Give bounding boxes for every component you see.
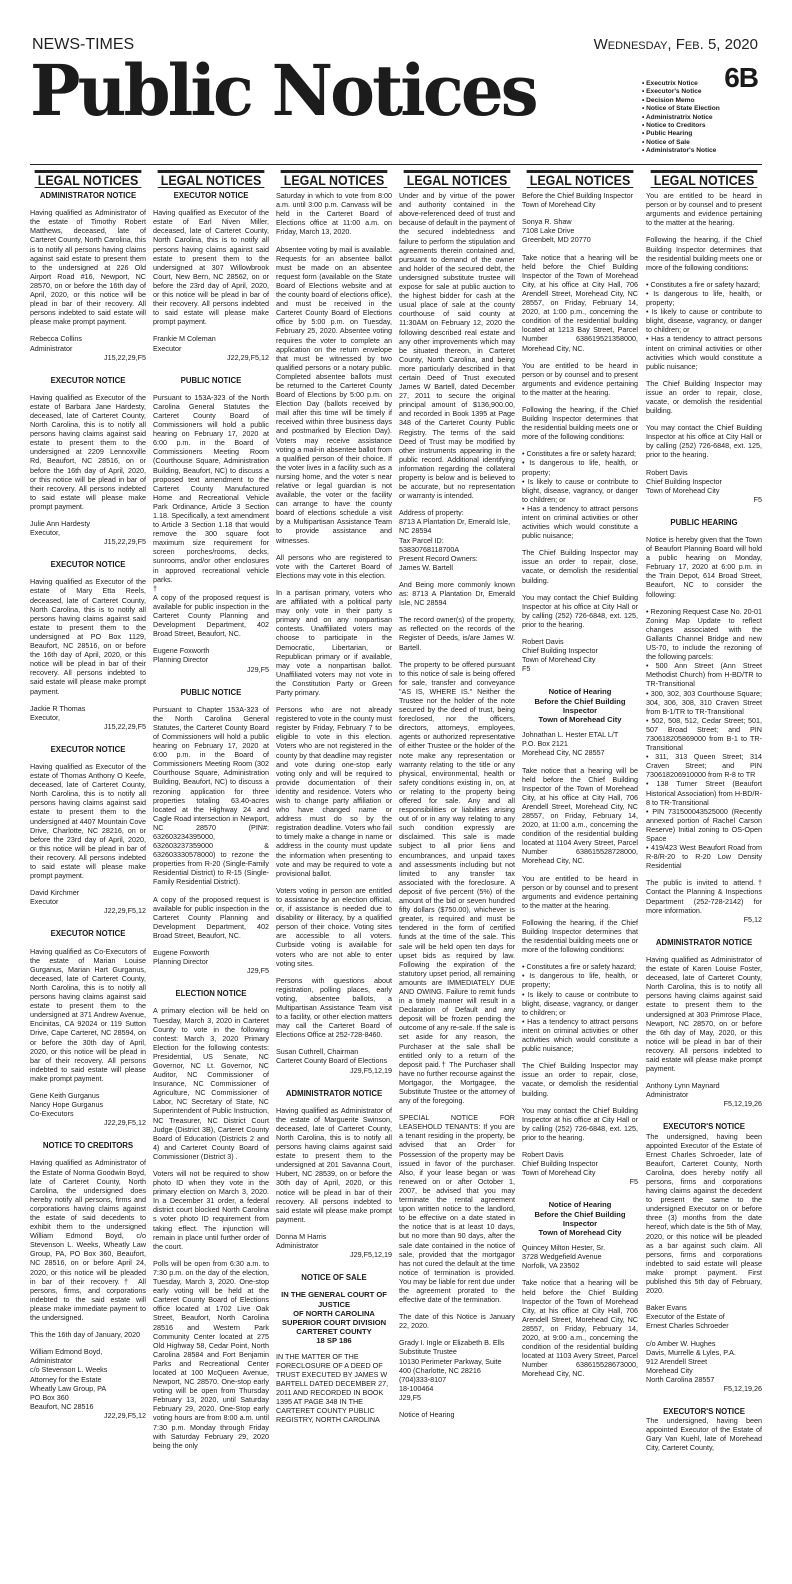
- notice-signature: Baker Evans Executor of the Estate of Er…: [646, 1303, 762, 1330]
- index-item: Decision Memo: [642, 97, 720, 105]
- conditions-list: • Constitutes a fire or safety hazard; •…: [522, 962, 638, 1053]
- notice-signature: Robert Davis Chief Building Inspector To…: [522, 1150, 638, 1177]
- notice-signature: Eugene Foxworth Planning Director: [153, 646, 269, 664]
- notice-body: Having qualified as Executor of the esta…: [30, 393, 146, 511]
- notice-body: You are entitled to be heard in person o…: [522, 874, 638, 910]
- notice-body: Voters will not be required to show phot…: [153, 1169, 269, 1251]
- notice-body: Voters voting in person are entitled to …: [276, 886, 392, 968]
- publication-dates: J29,F5: [153, 665, 269, 674]
- condition-item: • Is dangerous to life, health, or prope…: [646, 289, 762, 307]
- notice-title: NOTICE OF SALE: [276, 1273, 392, 1282]
- notice-columns: LEGAL NOTICES ADMINISTRATOR NOTICE Havin…: [30, 170, 762, 1584]
- condition-item: • Has a tendency to attract persons inte…: [646, 334, 762, 370]
- notice-body: You may contact the Chief Building Inspe…: [522, 1106, 638, 1142]
- publication-dates: F5,12,19,26: [646, 1099, 762, 1108]
- notice-title: EXECUTOR NOTICE: [30, 560, 146, 569]
- notice-title: ELECTION NOTICE: [153, 989, 269, 998]
- notice-body: Take notice that a hearing will be held …: [522, 253, 638, 353]
- notice-body: The Chief Building Inspector may issue a…: [646, 379, 762, 415]
- notice-signature: Jackie R Thomas Executor,: [30, 704, 146, 722]
- notice-body: Following the hearing, if the Chief Buil…: [522, 918, 638, 954]
- page-number: 6B: [724, 62, 758, 94]
- notice-title: EXECUTOR'S NOTICE: [646, 1407, 762, 1416]
- condition-item: • Is dangerous to life, health, or prope…: [522, 971, 638, 989]
- notice-body: You may contact the Chief Building Inspe…: [646, 423, 762, 459]
- notice-body: You are entitled to be heard in person o…: [646, 191, 762, 227]
- notice-body: Under and by virtue of the power and aut…: [399, 191, 515, 500]
- column-header: LEGAL NOTICES: [404, 170, 511, 188]
- notice-date: This the 16th day of January, 2020: [30, 1330, 146, 1339]
- index-item: Notice to Creditors: [642, 122, 720, 130]
- notice-body: Absentee voting by mail is available. Re…: [276, 245, 392, 545]
- notice-body: Having qualified as Executor of the esta…: [30, 577, 146, 695]
- notice-signature: Susan Cuthrell, Chairman Carteret County…: [276, 1047, 392, 1065]
- notice-body: All persons who are registered to vote w…: [276, 553, 392, 580]
- notice-index: Executrix Notice Executor's Notice Decis…: [642, 80, 720, 156]
- condition-item: • Is dangerous to life, health, or prope…: [522, 458, 638, 476]
- notice-body: Pursuant to Chapter 153A-323 of the Nort…: [153, 705, 269, 887]
- notice-title: ADMINISTRATOR NOTICE: [276, 1089, 392, 1098]
- index-item: Executor's Notice: [642, 88, 720, 96]
- hearing-heading: Before the Chief Building Inspector Town…: [522, 191, 638, 209]
- publication-dates: F5: [522, 1177, 638, 1186]
- publication-dates: F5: [522, 664, 638, 673]
- notice-body: Persons with questions about registratio…: [276, 976, 392, 1040]
- notice-body: A primary election will be held on Tuesd…: [153, 1006, 269, 1161]
- notice-signature: Anthony Lynn Maynard Administrator: [646, 1081, 762, 1099]
- masthead-rule: [30, 164, 762, 165]
- condition-item: • Constitutes a fire or safety hazard;: [522, 449, 638, 458]
- dateline: Wednesday, Feb. 5, 2020: [594, 36, 758, 53]
- notice-title: Notice of Hearing Before the Chief Build…: [522, 687, 638, 724]
- condition-item: • Constitutes a fire or safety hazard;: [522, 962, 638, 971]
- notice-copy: A copy of the proposed request is availa…: [153, 895, 269, 940]
- condition-item: • Constitutes a fire or safety hazard;: [646, 280, 762, 289]
- notice-signature: Donna M Harris Administrator: [276, 1232, 392, 1250]
- notice-signature: Rebecca Collins Administrator: [30, 334, 146, 352]
- condition-item: • Is likely to cause or contribute to bl…: [522, 477, 638, 504]
- condition-item: • Has a tendency to attract persons inte…: [522, 1017, 638, 1053]
- notice-body: Notice is hereby given that the Town of …: [646, 535, 762, 599]
- notice-title: PUBLIC NOTICE: [153, 376, 269, 385]
- notice-body: SPECIAL NOTICE FOR LEASEHOLD TENANTS: If…: [399, 1113, 515, 1304]
- publication-dates: J22,29,F5,12: [30, 906, 146, 915]
- publication-dates: J15,22,29,F5: [30, 722, 146, 731]
- column-header: LEGAL NOTICES: [35, 170, 142, 188]
- notice-title: Notice of Hearing Before the Chief Build…: [522, 1200, 638, 1237]
- index-item: Administrator's Notice: [642, 147, 720, 155]
- owner-address: Quincey Milton Hester, Sr. 3728 Wedgefie…: [522, 1243, 638, 1270]
- rezoning-list: • Rezoning Request Case No. 20-01 Zoning…: [646, 607, 762, 871]
- rezoning-item: • Rezoning Request Case No. 20-01 Zoning…: [646, 607, 762, 662]
- column-4: LEGAL NOTICES Under and by virtue of the…: [399, 170, 515, 1584]
- publication-dates: J29,F5,12,19: [276, 1250, 392, 1259]
- notice-body: Take notice that a hearing will be held …: [522, 1278, 638, 1378]
- notice-body: Polls will be open from 6:30 a.m. to 7:3…: [153, 1259, 269, 1450]
- notice-title: EXECUTOR NOTICE: [30, 745, 146, 754]
- notice-body: The Chief Building Inspector may issue a…: [522, 548, 638, 584]
- column-header: LEGAL NOTICES: [651, 170, 758, 188]
- notice-title: PUBLIC NOTICE: [153, 688, 269, 697]
- notice-body: In a partisan primary, voters who are af…: [276, 588, 392, 697]
- index-item: Executrix Notice: [642, 80, 720, 88]
- notice-signature: Robert Davis Chief Building Inspector To…: [646, 468, 762, 495]
- notice-body: Pursuant to 153A-323 of the North Caroli…: [153, 393, 269, 584]
- notice-body: Saturday in which to vote from 8:00 a.m.…: [276, 191, 392, 236]
- notice-title: EXECUTOR NOTICE: [30, 929, 146, 938]
- publication-dates: F5: [646, 495, 762, 504]
- rezoning-item: • PIN 731500043525000 (Recently annexed …: [646, 807, 762, 843]
- publication-dates: F5,12: [646, 915, 762, 924]
- notice-copy: A copy of the proposed request is availa…: [153, 593, 269, 638]
- column-header: LEGAL NOTICES: [527, 170, 634, 188]
- notice-signature: William Edmond Boyd, Administrator c/o S…: [30, 1347, 146, 1411]
- publication-dates: J22,29,F5,12: [30, 1118, 146, 1127]
- publication-dates: J15,22,29,F5: [30, 353, 146, 362]
- notice-title: EXECUTOR NOTICE: [30, 376, 146, 385]
- notice-title: ADMINISTRATOR NOTICE: [30, 191, 146, 200]
- notice-body: Having qualified as Administrator of the…: [30, 1158, 146, 1322]
- notice-signature: Robert Davis Chief Building Inspector To…: [522, 637, 638, 664]
- index-item: Notice of Sale: [642, 139, 720, 147]
- notice-body: Having qualified as Administrator of the…: [646, 955, 762, 1073]
- notice-signature: Frankie M Coleman Executor: [153, 334, 269, 352]
- column-2: LEGAL NOTICES EXECUTOR NOTICE Having qua…: [153, 170, 269, 1584]
- notice-body: You are entitled to be heard in person o…: [522, 361, 638, 397]
- condition-item: • Is likely to cause or contribute to bl…: [646, 307, 762, 334]
- condition-item: • Has a tendency to attract persons inte…: [522, 504, 638, 540]
- publication-dates: J29,F5,12,19: [276, 1066, 392, 1075]
- notice-body: Having qualified as Executor of the esta…: [30, 762, 146, 880]
- publication-dates: J15,22,29,F5: [30, 537, 146, 546]
- notice-body: Having qualified as Co-Executors of the …: [30, 947, 146, 1083]
- notice-signature: David Kirchmer Executor: [30, 888, 146, 906]
- notice-body: Having qualified as Administrator of the…: [276, 1106, 392, 1224]
- publication-dates: J29,F5: [153, 966, 269, 975]
- notice-title: ADMINISTRATOR NOTICE: [646, 938, 762, 947]
- column-1: LEGAL NOTICES ADMINISTRATOR NOTICE Havin…: [30, 170, 146, 1584]
- rezoning-item: • 502, 508, 512, Cedar Street; 501, 507 …: [646, 716, 762, 752]
- notice-body: Following the hearing, if the Chief Buil…: [646, 235, 762, 271]
- notice-title: PUBLIC HEARING: [646, 518, 762, 527]
- notice-body: The date of this Notice is January 22, 2…: [399, 1312, 515, 1330]
- notice-body: Take notice that a hearing will be held …: [522, 766, 638, 866]
- notice-body: Persons who are not already registered t…: [276, 705, 392, 878]
- notice-body: Following the hearing, if the Chief Buil…: [522, 405, 638, 441]
- publication-dates: J22,29,F5,12: [153, 353, 269, 362]
- rezoning-item: • 500 Ann Street (Ann Street Methodist C…: [646, 661, 762, 688]
- publication-dates: F5,12,19,26: [646, 1384, 762, 1393]
- notice-body: Having qualified as Administrator of the…: [30, 208, 146, 326]
- index-item: Public Hearing: [642, 130, 720, 138]
- rezoning-item: • 300, 302, 303 Courthouse Square; 304, …: [646, 689, 762, 716]
- notice-tail: Notice of Hearing: [399, 1410, 515, 1419]
- notice-body: The Chief Building Inspector may issue a…: [522, 1061, 638, 1097]
- notice-signature: Eugene Foxworth Planning Director: [153, 948, 269, 966]
- column-header: LEGAL NOTICES: [158, 170, 265, 188]
- notice-body: And Being more commonly known as: 8713 A…: [399, 580, 515, 607]
- owner-address: Sonya R. Shaw 7108 Lake Drive Greenbelt,…: [522, 217, 638, 244]
- column-header: LEGAL NOTICES: [281, 170, 388, 188]
- rezoning-item: • 311, 313 Queen Street; 314 Craven Stre…: [646, 752, 762, 779]
- notice-title: NOTICE TO CREDITORS: [30, 1141, 146, 1150]
- notice-body: Having qualified as Executor of the esta…: [153, 208, 269, 326]
- notice-body: You may contact the Chief Building Inspe…: [522, 593, 638, 629]
- column-3: LEGAL NOTICES Saturday in which to vote …: [276, 170, 392, 1584]
- dagger-mark: †: [153, 584, 269, 593]
- notice-signature: Gene Keith Gurganus Nancy Hope Gurganus …: [30, 1091, 146, 1118]
- property-details: Address of property: 8713 A Plantation D…: [399, 508, 515, 572]
- notice-body: The record owner(s) of the property, as …: [399, 615, 515, 651]
- conditions-list: • Constitutes a fire or safety hazard; •…: [522, 449, 638, 540]
- index-item: Notice of State Election: [642, 105, 720, 113]
- notice-body: The public is invited to attend.† Contac…: [646, 878, 762, 914]
- owner-address: Johnathan L. Hester ETAL L/T P.O. Box 21…: [522, 730, 638, 757]
- publication-dates: J22,29,F5,12: [30, 1411, 146, 1420]
- notice-body: The property to be offered pursuant to t…: [399, 660, 515, 1106]
- notice-title: EXECUTOR'S NOTICE: [646, 1122, 762, 1131]
- court-heading: IN THE GENERAL COURT OF JUSTICE OF NORTH…: [276, 1290, 392, 1345]
- notice-title: EXECUTOR NOTICE: [153, 191, 269, 200]
- notice-signature: Grady I. Ingle or Elizabeth B. Ells Subs…: [399, 1338, 515, 1402]
- rezoning-item: • 138 Turner Street (Beaufort Historical…: [646, 779, 762, 806]
- column-6: LEGAL NOTICES You are entitled to be hea…: [646, 170, 762, 1584]
- conditions-list: • Constitutes a fire or safety hazard; •…: [646, 280, 762, 371]
- rezoning-item: • 419/423 West Beaufort Road from R-8/R-…: [646, 843, 762, 870]
- foreclosure-matter: IN THE MATTER OF THE FORECLOSURE OF A DE…: [276, 1352, 392, 1425]
- index-item: Administratrix Notice: [642, 114, 720, 122]
- notice-body: The undersigned, having been appointed E…: [646, 1416, 762, 1452]
- notice-body: The undersigned, having been appointed E…: [646, 1132, 762, 1296]
- column-5: LEGAL NOTICES Before the Chief Building …: [522, 170, 638, 1584]
- notice-signature: Julie Ann Hardesty Executor,: [30, 519, 146, 537]
- condition-item: • Is likely to cause or contribute to bl…: [522, 990, 638, 1017]
- masthead: NEWS-TIMES Public Notices Wednesday, Feb…: [30, 0, 762, 165]
- attorney-address: c/o Amber W. Hughes Davis, Murrelle & Ly…: [646, 1339, 762, 1384]
- page-title: Public Notices: [30, 56, 536, 126]
